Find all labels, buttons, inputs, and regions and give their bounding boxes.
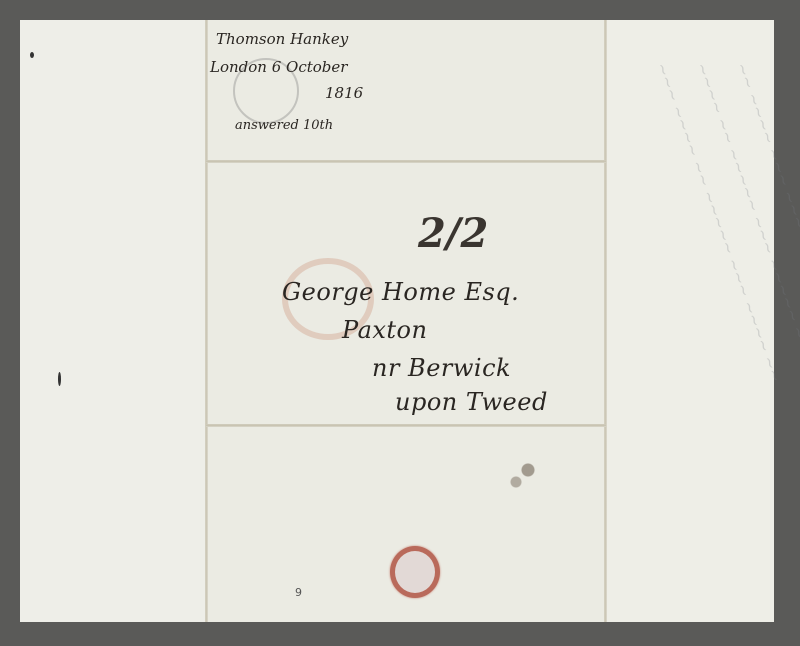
fold-line-bottom	[206, 424, 606, 427]
postage-rate: 2/2	[418, 210, 488, 257]
fold-line-top	[206, 160, 606, 163]
fold-line-left	[205, 20, 208, 622]
ink-mark	[58, 372, 61, 386]
ink-dot	[30, 52, 34, 58]
ink-smudge	[498, 440, 558, 500]
left-panel	[20, 20, 206, 622]
docket-place-date: London 6 October	[210, 58, 347, 76]
address-line-4: upon Tweed	[395, 388, 548, 416]
docket-sender: Thomson Hankey	[216, 30, 348, 48]
docket-year: 1816	[325, 84, 363, 102]
fold-line-right	[604, 20, 607, 622]
docket-answered: answered 10th	[235, 118, 333, 133]
address-line-1: George Home Esq.	[282, 278, 519, 306]
letter-sheet: ~~~ ~~~~ ~~ ~~~~~ ~~~ ~~~~ ~~ ~~~~ ~~ ~~…	[20, 20, 774, 622]
wax-seal	[390, 546, 440, 598]
address-line-2: Paxton	[342, 316, 427, 344]
address-line-3: nr Berwick	[372, 354, 511, 382]
folio-number: 9	[295, 586, 302, 599]
